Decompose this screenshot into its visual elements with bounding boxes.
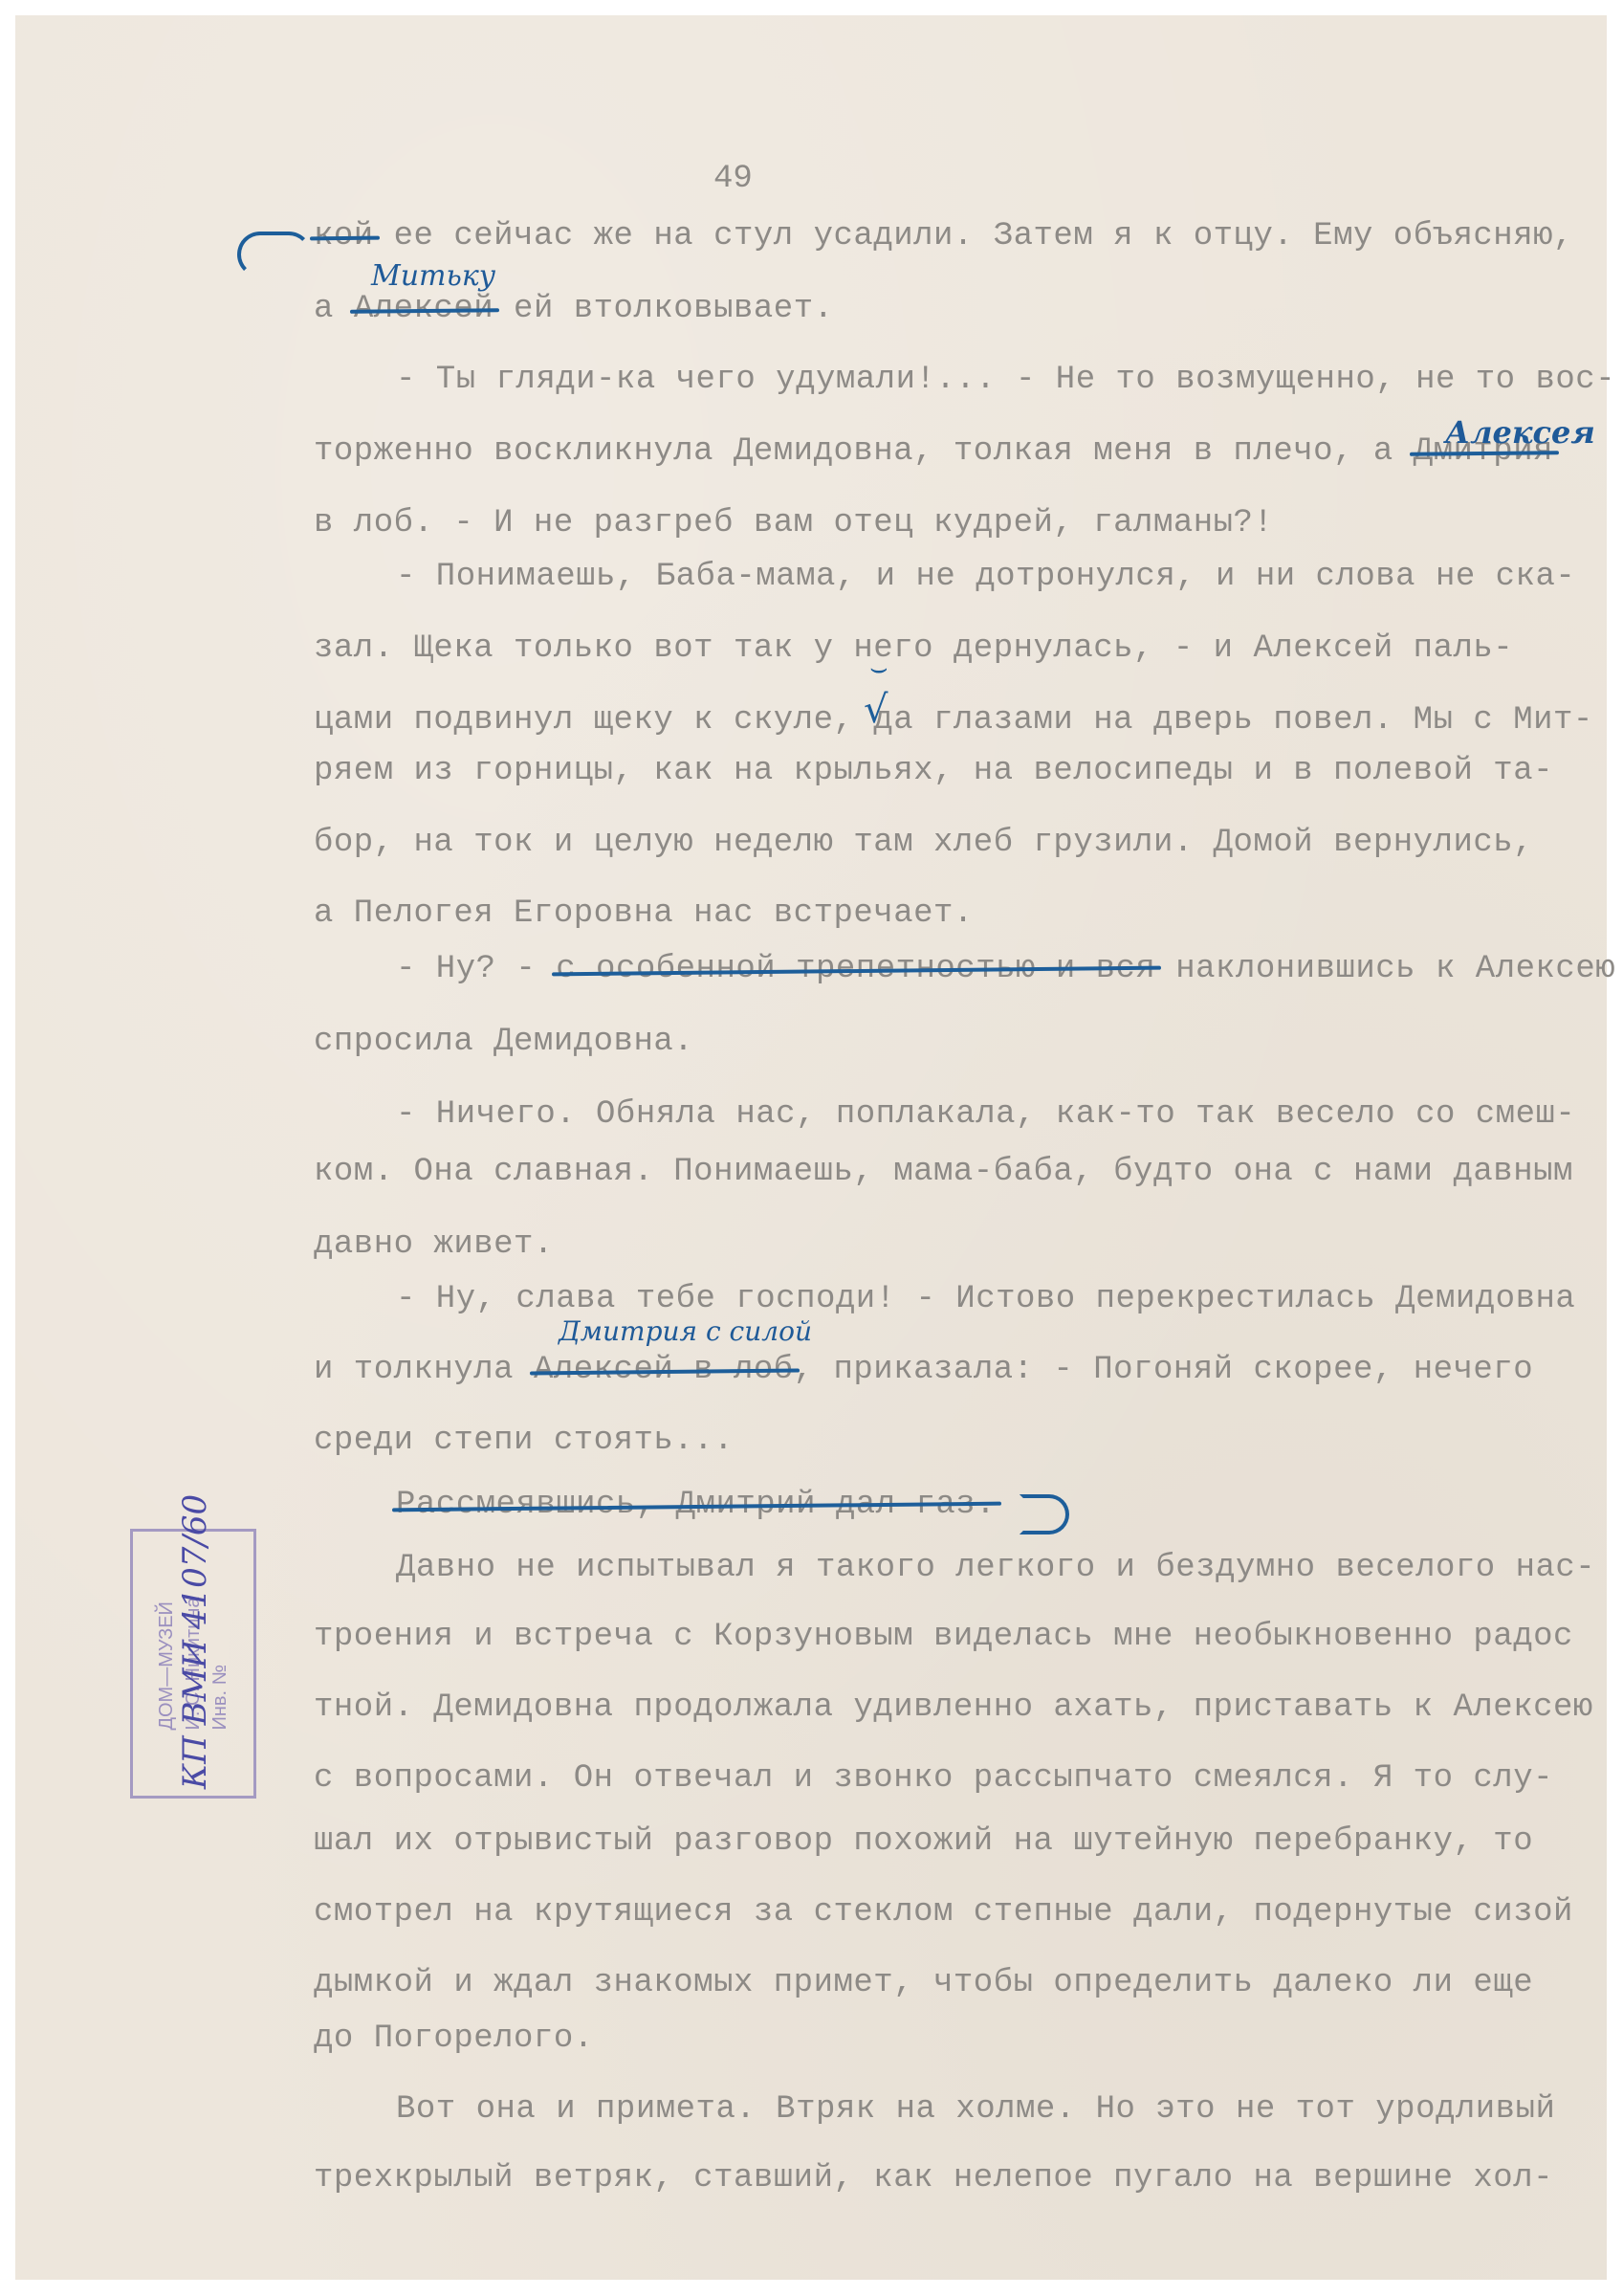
struck-text: Алексей в лоб — [534, 1352, 794, 1388]
text-line: в лоб. - И не разгреб вам отец кудрей, г… — [314, 507, 1273, 540]
document-page: 49 кой ее сейчас же на стул усадили. Зат… — [15, 15, 1607, 2280]
text-line: - Ну? - с особенной трепетностью и вся н… — [396, 953, 1615, 985]
struck-text: Алексей — [354, 291, 493, 327]
text-line: спросила Демидовна. — [314, 1026, 693, 1058]
handwritten-insert: Митьку — [371, 262, 495, 291]
text-line: зал. Щека только вот так у него дернулас… — [314, 632, 1513, 665]
line-prefix: - Ну? - — [396, 951, 556, 987]
text-line: - Ты гляди-ка чего удумали!... - Не то в… — [396, 364, 1615, 396]
text-line: а Алексей ей втолковывает. — [314, 293, 834, 325]
struck-text: Рассмеявшись, Дмитрий дал газ. — [396, 1487, 996, 1523]
text-line: с вопросами. Он отвечал и звонко рассыпч… — [314, 1762, 1553, 1795]
struck-text: кой — [314, 218, 374, 254]
text-line: шал их отрывистый разговор похожий на шу… — [314, 1825, 1533, 1858]
line-prefix: торженно воскликнула Демидовна, толкая м… — [314, 433, 1414, 470]
text-line: троения и встреча с Корзуновым виделась … — [314, 1621, 1573, 1653]
text-line: смотрел на крутящиеся за стеклом степные… — [314, 1896, 1573, 1929]
text-line: цами подвинул щеку к скуле, да глазами н… — [314, 704, 1593, 737]
insertion-mark: ⌣ — [869, 654, 888, 683]
text-line: бор, на ток и целую неделю там хлеб груз… — [314, 827, 1533, 859]
line-text: , приказала: - Погоняй скорее, нечего — [794, 1352, 1533, 1388]
page-number: 49 — [713, 161, 753, 197]
line-prefix: и толкнула — [314, 1352, 534, 1388]
text-line: среди степи стоять... — [314, 1424, 734, 1457]
line-prefix: а — [314, 291, 354, 327]
handwritten-insert: Дмитрия с силой — [559, 1318, 812, 1345]
text-line: давно живет. — [314, 1228, 554, 1261]
deletion-mark — [1020, 1494, 1069, 1534]
insertion-caret: √ — [864, 691, 888, 729]
text-line: тной. Демидовна продолжала удивленно аха… — [314, 1691, 1593, 1724]
line-text: ее сейчас же на стул усадили. Затем я к … — [374, 218, 1573, 254]
struck-text: с особенной трепетностью и вся — [556, 951, 1155, 987]
text-line: дымкой и ждал знакомых примет, чтобы опр… — [314, 1967, 1533, 1999]
inventory-number: КП ВМИ 4107/60 — [176, 1494, 214, 1789]
text-line: а Пелогея Егоровна нас встречает. — [314, 897, 974, 930]
text-line: торженно воскликнула Демидовна, толкая м… — [314, 435, 1553, 468]
handwritten-insert: Алексея — [1445, 417, 1595, 448]
line-text: наклонившись к Алексею — [1155, 951, 1615, 987]
text-line: - Понимаешь, Баба-мама, и не дотронулся,… — [396, 561, 1575, 593]
text-line: Вот она и примета. Втряк на холме. Но эт… — [396, 2093, 1555, 2126]
line-text: ей втолковывает. — [493, 291, 833, 327]
text-line: ком. Она славная. Понимаешь, мама-баба, … — [314, 1156, 1573, 1188]
text-line: до Погорелого. — [314, 2022, 594, 2055]
text-line: - Ну, слава тебе господи! - Истово перек… — [396, 1283, 1575, 1315]
text-line: трехкрылый ветряк, ставший, как нелепое … — [314, 2162, 1553, 2195]
text-line: - Ничего. Обняла нас, поплакала, как-то … — [396, 1098, 1575, 1131]
text-line: и толкнула Алексей в лоб, приказала: - П… — [314, 1354, 1533, 1386]
deletion-mark — [237, 232, 312, 277]
text-line: Давно не испытывал я такого легкого и бе… — [396, 1552, 1595, 1584]
text-line: кой ее сейчас же на стул усадили. Затем … — [314, 220, 1573, 253]
text-line: Рассмеявшись, Дмитрий дал газ. — [396, 1489, 996, 1521]
text-line: ряем из горницы, как на крыльях, на вело… — [314, 755, 1553, 787]
